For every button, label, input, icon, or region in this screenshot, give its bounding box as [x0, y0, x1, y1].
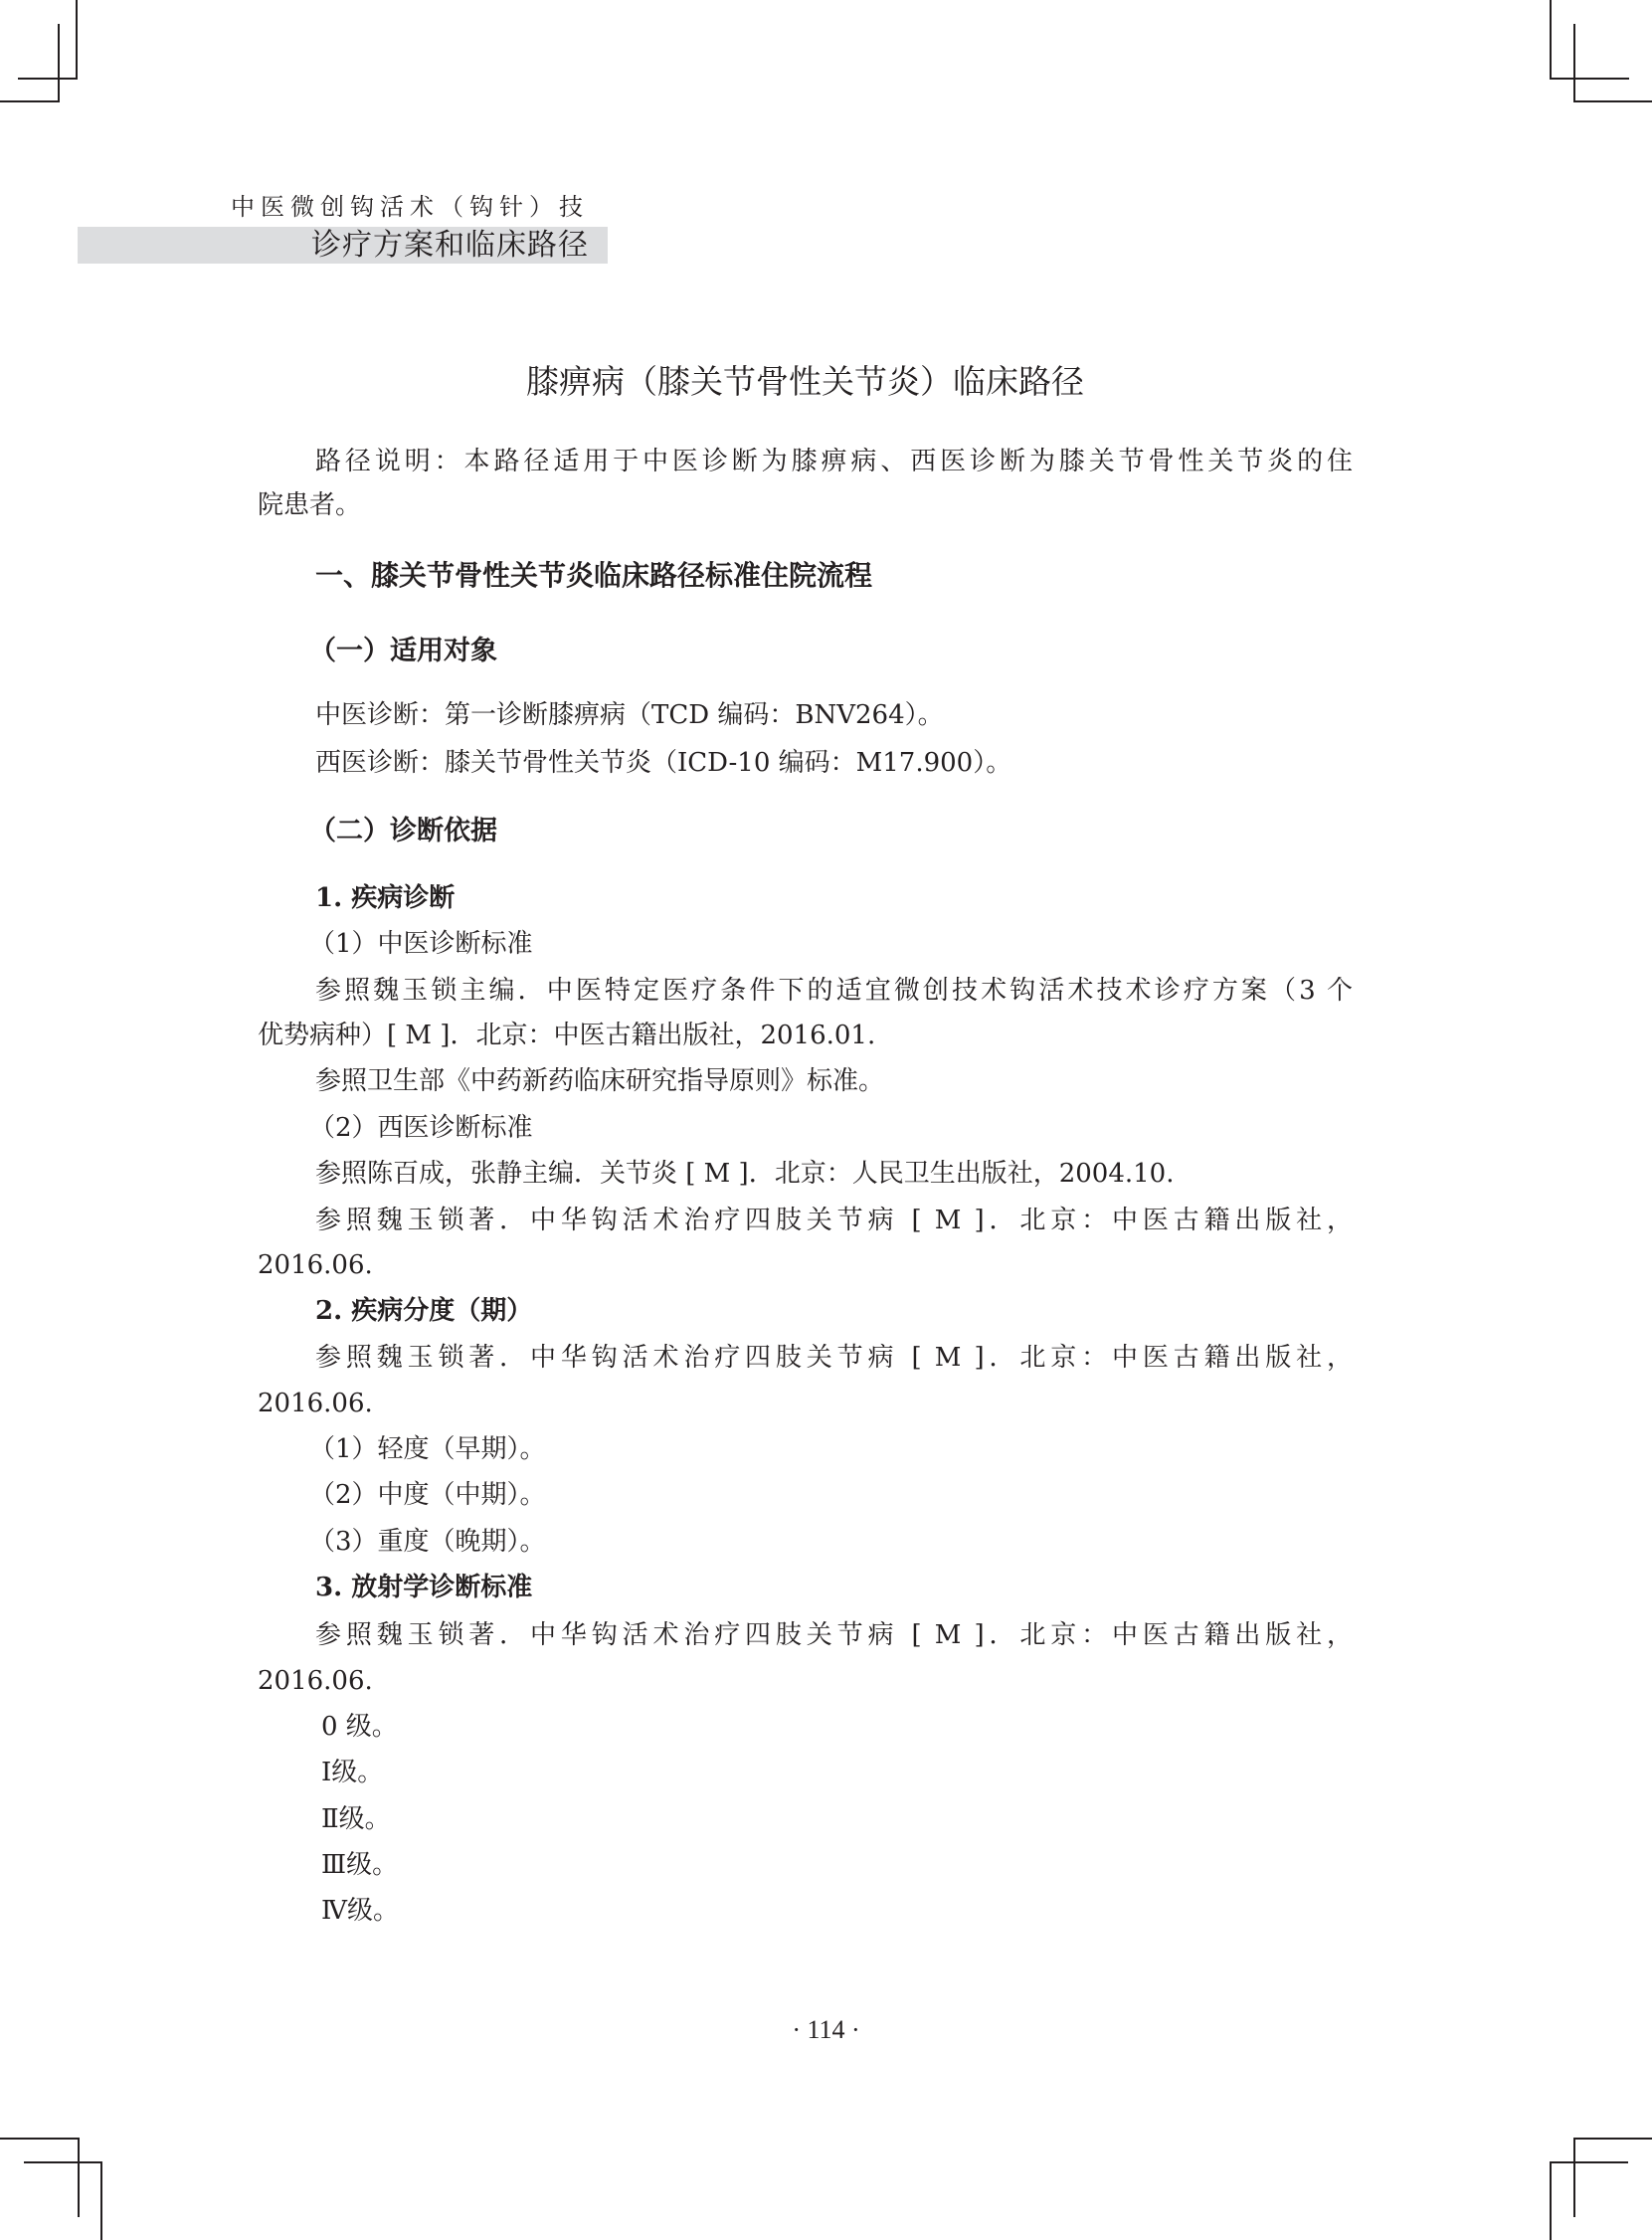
staging-reference-line-1: 参照魏玉锁著．中华钩活术治疗四肢关节病 [ M ]．北京：中医古籍出版社，: [258, 1340, 1353, 1376]
stage-item: （3）重度（晚期）。: [258, 1524, 1353, 1560]
grade-item: Ⅰ级。: [258, 1755, 1353, 1790]
document-title: 膝痹病（膝关节骨性关节炎）临床路径: [258, 362, 1353, 402]
section-heading: 一、膝关节骨性关节炎临床路径标准住院流程: [258, 558, 1353, 594]
tcm-reference-1-line-1: 参照魏玉锁主编．中医特定医疗条件下的适宜微创技术钩活术技术诊疗方案（3 个: [258, 973, 1353, 1009]
tcm-standard-label: （1）中医诊断标准: [258, 926, 1353, 962]
tcm-reference-1-line-2: 优势病种）[ M ]．北京：中医古籍出版社，2016.01.: [258, 1018, 1353, 1053]
tcm-diagnosis-line: 中医诊断：第一诊断膝痹病（TCD 编码：BNV264）。: [258, 697, 1353, 733]
item-heading-disease-diagnosis: 1. 疾病诊断: [258, 880, 1353, 916]
grade-item: Ⅱ级。: [258, 1801, 1353, 1837]
intro-line-1: 路径说明：本路径适用于中医诊断为膝痹病、西医诊断为膝关节骨性关节炎的住: [258, 444, 1353, 479]
wm-reference-2-line-1: 参照魏玉锁著．中华钩活术治疗四肢关节病 [ M ]．北京：中医古籍出版社，: [258, 1203, 1353, 1238]
grade-item: Ⅳ级。: [258, 1893, 1353, 1929]
subsection-heading-basis: （二）诊断依据: [258, 814, 1353, 849]
wm-reference-1: 参照陈百成，张静主编．关节炎 [ M ]．北京：人民卫生出版社，2004.10.: [258, 1156, 1353, 1192]
wm-standard-label: （2）西医诊断标准: [258, 1110, 1353, 1146]
grade-item: Ⅲ级。: [258, 1847, 1353, 1883]
wm-diagnosis-line: 西医诊断：膝关节骨性关节炎（ICD-10 编码：M17.900）。: [258, 745, 1353, 781]
tcm-reference-2: 参照卫生部《中药新药临床研究指导原则》标准。: [258, 1063, 1353, 1099]
stage-item: （2）中度（中期）。: [258, 1477, 1353, 1513]
chapter-header-bar: 诊疗方案和临床路径: [78, 227, 608, 264]
radiology-reference-line-2: 2016.06.: [258, 1663, 1353, 1699]
stage-item: （1）轻度（早期）。: [258, 1431, 1353, 1467]
staging-reference-line-2: 2016.06.: [258, 1386, 1353, 1421]
grade-item: 0 级。: [258, 1709, 1353, 1745]
subsection-heading-applicable: （一）适用对象: [258, 634, 1353, 669]
item-heading-disease-staging: 2. 疾病分度（期）: [258, 1293, 1353, 1329]
radiology-reference-line-1: 参照魏玉锁著．中华钩活术治疗四肢关节病 [ M ]．北京：中医古籍出版社，: [258, 1617, 1353, 1653]
intro-line-2: 院患者。: [258, 487, 1353, 523]
item-heading-radiology: 3. 放射学诊断标准: [258, 1570, 1353, 1605]
chapter-header-title: 诊疗方案和临床路径: [311, 228, 589, 264]
wm-reference-2-line-2: 2016.06.: [258, 1247, 1353, 1283]
page-number: · 114 ·: [0, 2015, 1652, 2045]
